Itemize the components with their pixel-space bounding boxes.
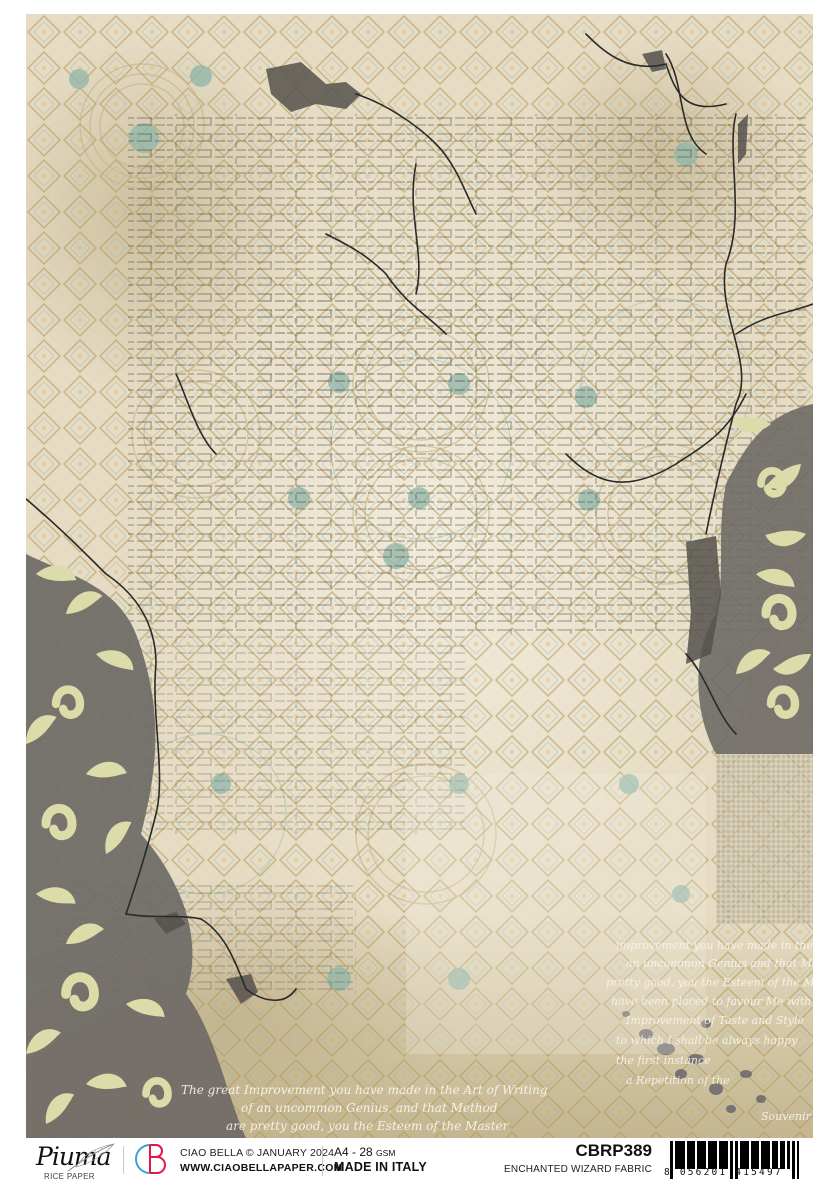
svg-text:of an uncommon Genius, and tha: of an uncommon Genius, and that Method	[241, 1101, 498, 1115]
origin-label: MADE IN ITALY	[334, 1160, 427, 1174]
weight-unit: GSM	[376, 1148, 395, 1158]
footer-divider	[123, 1146, 124, 1174]
svg-text:are pretty good, you the Estee: are pretty good, you the Esteem of the M…	[226, 1119, 510, 1133]
website-link[interactable]: WWW.CIAOBELLAPAPER.COM	[180, 1162, 343, 1174]
paper-spec: A4 - 28 GSM	[334, 1145, 395, 1159]
artwork-illustration: The great Improvement you have made in t…	[26, 14, 813, 1138]
paper-size: A4 - 28	[334, 1145, 373, 1159]
product-name: ENCHANTED WIZARD FABRIC	[504, 1164, 652, 1175]
svg-text:The great Improvement you have: The great Improvement you have made in t…	[181, 1083, 548, 1097]
footer-divider	[322, 1146, 323, 1176]
barcode-digits: 8 056201 415497	[664, 1167, 783, 1178]
feather-icon	[62, 1141, 118, 1175]
product-code: CBRP389	[575, 1141, 652, 1161]
cb-logo	[134, 1142, 166, 1176]
svg-text:Souvenir: Souvenir	[761, 1110, 812, 1123]
svg-text:the first instance: the first instance	[616, 1054, 711, 1067]
brand-copyright: CIAO BELLA © JANUARY 2024	[180, 1147, 334, 1159]
rice-paper-artwork: The great Improvement you have made in t…	[26, 14, 813, 1138]
svg-text:a Repetition of the: a Repetition of the	[626, 1074, 730, 1087]
